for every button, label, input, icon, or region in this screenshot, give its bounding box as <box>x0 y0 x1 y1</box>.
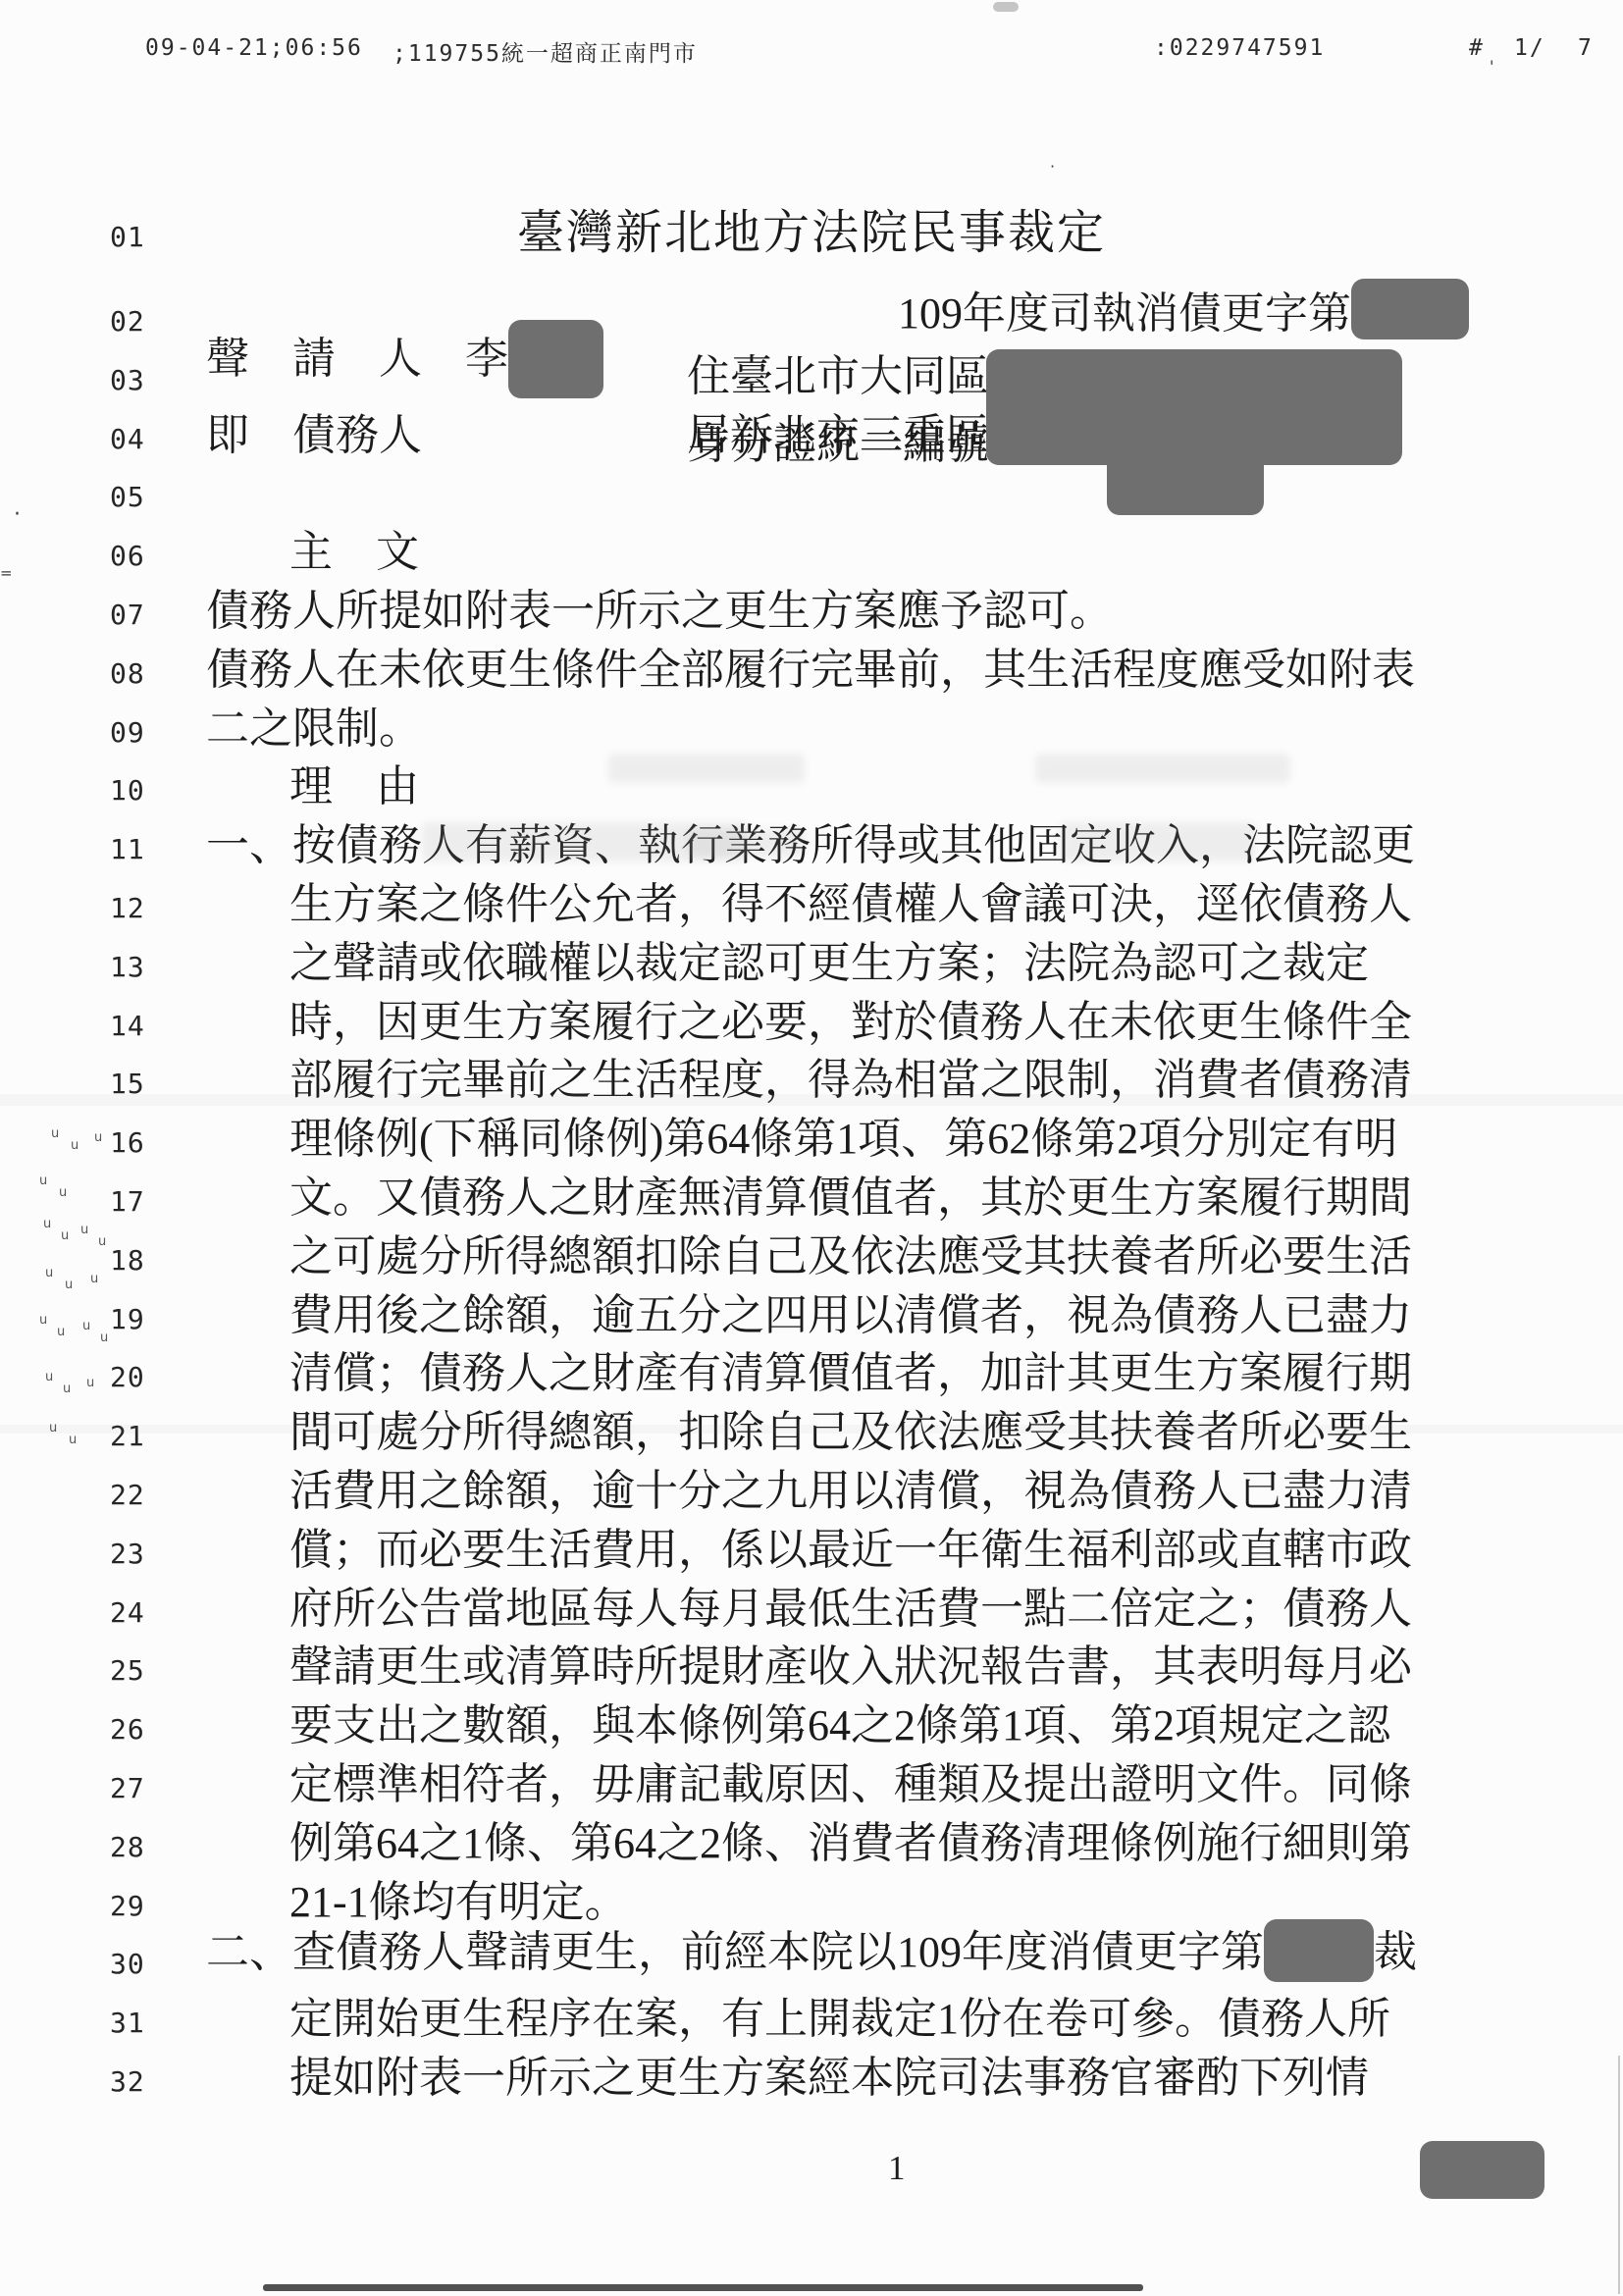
document-line-09: 09二之限制。 <box>0 696 1623 757</box>
document-line-13: 13之聲請或依職權以裁定認可更生方案；法院為認可之裁定 <box>0 930 1623 991</box>
text-run: 定標準相符者，毋庸記載原因、種類及提出證明文件。同條 <box>289 1760 1412 1808</box>
text-run: 活費用之餘額，逾十分之九用以清償，視為債務人已盡力清 <box>289 1467 1412 1515</box>
scan-edge-bar <box>263 2284 1143 2291</box>
text-run: 之可處分所得總額扣除自己及依法應受其扶養者所必要生活 <box>289 1232 1412 1280</box>
line-number: 04 <box>110 423 145 455</box>
line-number: 14 <box>110 1010 145 1042</box>
line-number: 28 <box>110 1831 145 1863</box>
document-line-32: 32提如附表一所示之更生方案經本院司法事務官審酌下列情 <box>0 2045 1623 2106</box>
text-run: 時，因更生方案履行之必要，對於債務人在未依更生條件全 <box>289 998 1412 1046</box>
line-number: 25 <box>110 1654 145 1687</box>
stray-mark-artifact: = <box>0 564 13 582</box>
line-text: 二之限制。 <box>206 707 422 751</box>
line-text: 之可處分所得總額扣除自己及依法應受其扶養者所必要生活 <box>289 1235 1412 1278</box>
margin-squiggle-artifact: u <box>59 1185 67 1200</box>
line-text: 聲 請 人 李 <box>206 320 603 398</box>
margin-squiggle-artifact: u <box>80 1223 88 1237</box>
text-run: 21-1條均有明定。 <box>289 1878 628 1926</box>
corner-smudge <box>993 2 1019 12</box>
scan-band <box>0 1094 1623 1106</box>
right-edge-scan-line <box>1618 2056 1620 2294</box>
text-run: 裁 <box>1374 1928 1417 1976</box>
document-line-07: 07債務人所提如附表一所示之更生方案應予認可。 <box>0 578 1623 639</box>
line-text: 要支出之數額，與本條例第64之2條第1項、第2項規定之認 <box>289 1704 1390 1748</box>
text-run: 109年度司執消債更字第 <box>898 289 1351 338</box>
margin-squiggle-artifact: u <box>39 1174 47 1188</box>
line-text: 二、查債務人聲請更生，前經本院以109年度消債更字第裁 <box>206 1919 1417 1982</box>
margin-squiggle-artifact: u <box>94 1130 102 1145</box>
line-number: 17 <box>110 1185 145 1218</box>
line-text: 109年度司執消債更字第 <box>898 279 1469 339</box>
line-text: 提如附表一所示之更生方案經本院司法事務官審酌下列情 <box>289 2057 1369 2100</box>
scanned-page: 09-04-21;06:56;119755統一超商正南門市:0229747591… <box>0 0 1623 2296</box>
line-number: 08 <box>110 657 145 690</box>
line-text: 債務人在未依更生條件全部履行完畢前，其生活程度應受如附表 <box>206 649 1415 692</box>
document-line-25: 25聲請更生或清算時所提財產收入狀況報告書，其表明每月必 <box>0 1634 1623 1695</box>
margin-squiggle-artifact: u <box>63 1382 71 1396</box>
document-line-31: 31定開始更生程序在案，有上開裁定1份在卷可參。債務人所 <box>0 1986 1623 2047</box>
text-run: 債務人在未依更生條件全部履行完畢前，其生活程度應受如附表 <box>206 646 1415 694</box>
line-number: 19 <box>110 1303 145 1335</box>
line-text: 生方案之條件公允者，得不經債權人會議可決，逕依債務人 <box>289 883 1412 926</box>
text-run: 文。又債務人之財產無清算價值者，其於更生方案履行期間 <box>289 1174 1412 1222</box>
margin-squiggle-artifact: u <box>100 1331 108 1345</box>
text-run: 主 文 <box>289 528 419 576</box>
text-run: 二、查債務人聲請更生，前經本院以109年度消債更字第 <box>206 1928 1264 1976</box>
line-text: 聲請更生或清算時所提財產收入狀況報告書，其表明每月必 <box>289 1645 1412 1689</box>
footer-redaction <box>1420 2141 1544 2199</box>
text-run: 清償；債務人之財產有清算價值者，加計其更生方案履行期 <box>289 1349 1412 1397</box>
redaction-box <box>508 320 603 398</box>
text-run: 償；而必要生活費用，係以最近一年衛生福利部或直轄市政 <box>289 1526 1412 1574</box>
document-line-05: 05身分證統一編號：A12號 <box>0 460 1623 521</box>
margin-squiggle-artifact: u <box>39 1313 47 1328</box>
line-text: 住臺北市大同區 <box>687 355 989 398</box>
bleed-through-smudge <box>1035 754 1290 783</box>
address-redaction <box>986 349 1402 465</box>
line-number: 05 <box>110 481 145 513</box>
text-run: 生方案之條件公允者，得不經債權人會議可決，逕依債務人 <box>289 880 1412 928</box>
line-number: 06 <box>110 540 145 572</box>
line-text: 即 債務人 <box>206 414 422 457</box>
text-run: 例第64之1條、第64之2條、消費者債務清理條例施行細則第 <box>289 1819 1412 1867</box>
fax-phone-number: :0229747591 <box>1154 35 1325 61</box>
page-number: 1 <box>888 2149 906 2188</box>
margin-squiggle-artifact: u <box>69 1433 77 1447</box>
line-number: 27 <box>110 1772 145 1804</box>
line-text: 債務人所提如附表一所示之更生方案應予認可。 <box>206 590 1113 633</box>
line-number: 09 <box>110 716 145 749</box>
stray-mark-artifact: · <box>1050 157 1055 176</box>
document-line-06: 06主 文 <box>0 519 1623 580</box>
line-text: 費用後之餘額，逾五分之四用以清償者，視為債務人已盡力 <box>289 1294 1412 1337</box>
margin-squiggle-artifact: u <box>65 1278 73 1292</box>
line-number: 13 <box>110 951 145 983</box>
fax-timestamp: 09-04-21;06:56 <box>145 35 363 61</box>
margin-squiggle-artifact: u <box>43 1217 51 1231</box>
line-number: 16 <box>110 1126 145 1159</box>
line-text: 定標準相符者，毋庸記載原因、種類及提出證明文件。同條 <box>289 1763 1412 1806</box>
text-run: 債務人所提如附表一所示之更生方案應予認可。 <box>206 587 1113 635</box>
line-number: 20 <box>110 1361 145 1393</box>
document-line-08: 08債務人在未依更生條件全部履行完畢前，其生活程度應受如附表 <box>0 637 1623 698</box>
document-line-26: 26要支出之數額，與本條例第64之2條第1項、第2項規定之認 <box>0 1693 1623 1753</box>
bleed-through-smudge <box>608 754 805 783</box>
redaction-box <box>1264 1919 1374 1982</box>
text-run: 提如附表一所示之更生方案經本院司法事務官審酌下列情 <box>289 2054 1369 2102</box>
document-line-18: 18之可處分所得總額扣除自己及依法應受其扶養者所必要生活 <box>0 1224 1623 1284</box>
text-run: 二之限制。 <box>206 704 422 753</box>
fax-page-current: 1/ <box>1514 35 1545 61</box>
line-text: 定開始更生程序在案，有上開裁定1份在卷可參。債務人所 <box>289 1998 1390 2041</box>
margin-squiggle-artifact: u <box>45 1266 53 1280</box>
text-run: 費用後之餘額，逾五分之四用以清償者，視為債務人已盡力 <box>289 1291 1412 1339</box>
document-line-24: 24府所公告當地區每人每月最低生活費一點二倍定之；債務人 <box>0 1576 1623 1637</box>
line-text: 理條例(下稱同條例)第64條第1項、第62條第2項分別定有明 <box>289 1118 1397 1161</box>
line-number: 31 <box>110 2007 145 2039</box>
document-line-11: 11一、按債務人有薪資、執行業務所得或其他固定收入，法院認更 <box>0 812 1623 873</box>
text-run: 之聲請或依職權以裁定認可更生方案；法院為認可之裁定 <box>289 939 1369 987</box>
text-run: 聲請更生或清算時所提財產收入狀況報告書，其表明每月必 <box>289 1643 1412 1691</box>
line-text: 21-1條均有明定。 <box>289 1881 628 1924</box>
margin-squiggle-artifact: u <box>45 1370 53 1384</box>
bleed-through-smudge <box>687 829 805 857</box>
text-run: 即 債務人 <box>206 411 422 459</box>
line-number: 12 <box>110 892 145 924</box>
margin-squiggle-artifact: u <box>86 1376 94 1390</box>
margin-squiggle-artifact: u <box>49 1421 57 1435</box>
text-run: 定開始更生程序在案，有上開裁定1份在卷可參。債務人所 <box>289 1995 1390 2043</box>
margin-squiggle-artifact: u <box>57 1325 65 1339</box>
margin-squiggle-artifact: u <box>61 1228 69 1243</box>
document-line-30: 30二、查債務人聲請更生，前經本院以109年度消債更字第裁 <box>0 1927 1623 1988</box>
text-run: 理條例(下稱同條例)第64條第1項、第62條第2項分別定有明 <box>289 1115 1397 1163</box>
line-number: 23 <box>110 1538 145 1570</box>
line-text: 府所公告當地區每人每月最低生活費一點二倍定之；債務人 <box>289 1588 1412 1631</box>
text-run: 臺灣新北地方法院民事裁定 <box>517 207 1106 259</box>
margin-squiggle-artifact: u <box>90 1272 98 1286</box>
line-number: 26 <box>110 1713 145 1746</box>
margin-squiggle-artifact: u <box>51 1126 59 1141</box>
margin-squiggle-artifact: u <box>82 1319 90 1333</box>
text-run: 要支出之數額，與本條例第64之2條第1項、第2項規定之認 <box>289 1701 1390 1749</box>
line-number: 07 <box>110 599 145 631</box>
line-number: 11 <box>110 833 145 865</box>
line-text: 償；而必要生活費用，係以最近一年衛生福利部或直轄市政 <box>289 1529 1412 1572</box>
line-text: 主 文 <box>289 531 419 574</box>
text-run: 府所公告當地區每人每月最低生活費一點二倍定之；債務人 <box>289 1585 1412 1633</box>
line-number: 10 <box>110 774 145 807</box>
margin-squiggle-artifact: u <box>71 1138 79 1153</box>
fax-page-hash: # <box>1469 35 1485 61</box>
document-title-line: 01臺灣新北地方法院民事裁定 <box>0 196 1623 261</box>
bleed-through-smudge <box>1060 822 1256 861</box>
document-line-17: 17文。又債務人之財產無清算價值者，其於更生方案履行期間 <box>0 1165 1623 1226</box>
fax-page-total: 7 <box>1578 35 1594 61</box>
line-text: 清償；債務人之財產有清算價值者，加計其更生方案履行期 <box>289 1352 1412 1395</box>
text-run: 理 由 <box>289 762 419 810</box>
stray-mark-artifact: ' <box>1490 57 1493 76</box>
line-number: 24 <box>110 1596 145 1629</box>
line-number: 02 <box>110 305 145 338</box>
line-number: 29 <box>110 1890 145 1922</box>
fax-station-id: ;119755統一超商正南門市 <box>393 35 698 68</box>
document-line-27: 27定標準相符者，毋庸記載原因、種類及提出證明文件。同條 <box>0 1751 1623 1812</box>
line-text: 理 由 <box>289 765 419 809</box>
document-line-23: 23償；而必要生活費用，係以最近一年衛生福利部或直轄市政 <box>0 1517 1623 1578</box>
line-number: 03 <box>110 364 145 396</box>
line-text: 文。又債務人之財產無清算價值者，其於更生方案履行期間 <box>289 1176 1412 1220</box>
line-text: 之聲請或依職權以裁定認可更生方案；法院為認可之裁定 <box>289 942 1369 985</box>
line-text: 活費用之餘額，逾十分之九用以清償，視為債務人已盡力清 <box>289 1470 1412 1513</box>
document-line-20: 20清償；債務人之財產有清算價值者，加計其更生方案履行期 <box>0 1340 1623 1401</box>
text-run: 聲 請 人 李 <box>206 335 508 383</box>
text-run: 住臺北市大同區 <box>687 352 989 400</box>
document-line-28: 28例第64之1條、第64之2條、消費者債務清理條例施行細則第 <box>0 1810 1623 1871</box>
scan-band <box>0 1425 1623 1434</box>
stray-mark-artifact: · <box>14 502 21 527</box>
redaction-box <box>1351 279 1469 339</box>
document-line-19: 19費用後之餘額，逾五分之四用以清償者，視為債務人已盡力 <box>0 1282 1623 1343</box>
line-number: 22 <box>110 1479 145 1511</box>
line-number: 18 <box>110 1244 145 1277</box>
document-line-22: 22活費用之餘額，逾十分之九用以清償，視為債務人已盡力清 <box>0 1458 1623 1519</box>
line-number: 30 <box>110 1948 145 1980</box>
document-line-10: 10理 由 <box>0 754 1623 814</box>
line-number: 32 <box>110 2065 145 2098</box>
document-line-14: 14時，因更生方案履行之必要，對於債務人在未依更生條件全 <box>0 989 1623 1050</box>
document-title: 臺灣新北地方法院民事裁定 <box>0 210 1623 257</box>
line-text: 例第64之1條、第64之2條、消費者債務清理條例施行細則第 <box>289 1822 1412 1865</box>
line-text: 時，因更生方案履行之必要，對於債務人在未依更生條件全 <box>289 1001 1412 1044</box>
document-line-12: 12生方案之條件公允者，得不經債權人會議可決，逕依債務人 <box>0 871 1623 932</box>
margin-squiggle-artifact: u <box>98 1234 106 1249</box>
document-line-16: 16理條例(下稱同條例)第64條第1項、第62條第2項分別定有明 <box>0 1106 1623 1167</box>
